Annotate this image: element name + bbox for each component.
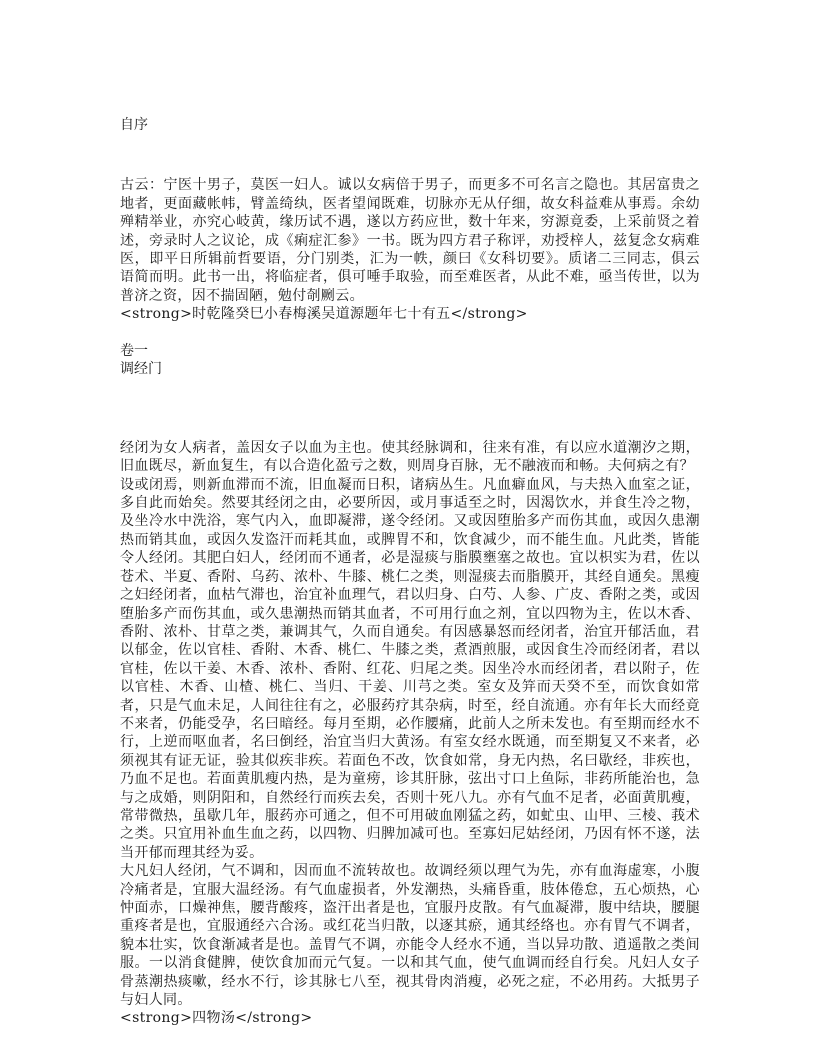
spacer	[120, 379, 700, 439]
spacer	[120, 324, 700, 342]
volume-label: 卷一	[120, 342, 700, 360]
section-title: 调经门	[120, 360, 700, 378]
paragraph: 大凡妇人经闭，气不调和，因而血不流转故也。故调经须以理气为先，亦有血海虚寒，小腹…	[120, 862, 700, 1009]
spacer	[120, 134, 700, 176]
paragraph: 设或闭焉，则新血滞而不流，旧血凝而日积，诸病丛生。凡血癖血风，与夫热入血室之证，…	[120, 476, 700, 863]
formula-heading: <strong>四物汤</strong>	[120, 1009, 700, 1027]
preface-heading: 自序	[120, 116, 700, 134]
paragraph: 经闭为女人病者，盖因女子以血为主也。使其经脉调和，往来有准，有以应水道潮汐之期，…	[120, 439, 700, 476]
document-page: 自序 古云：宁医十男子，莫医一妇人。诚以女病倍于男子，而更多不可名言之隐也。其居…	[120, 116, 700, 1028]
preface-signature: <strong>时乾隆癸巳小春梅溪吴道源题年七十有五</strong>	[120, 305, 700, 323]
preface-body: 古云：宁医十男子，莫医一妇人。诚以女病倍于男子，而更多不可名言之隐也。其居富贵之…	[120, 176, 700, 305]
